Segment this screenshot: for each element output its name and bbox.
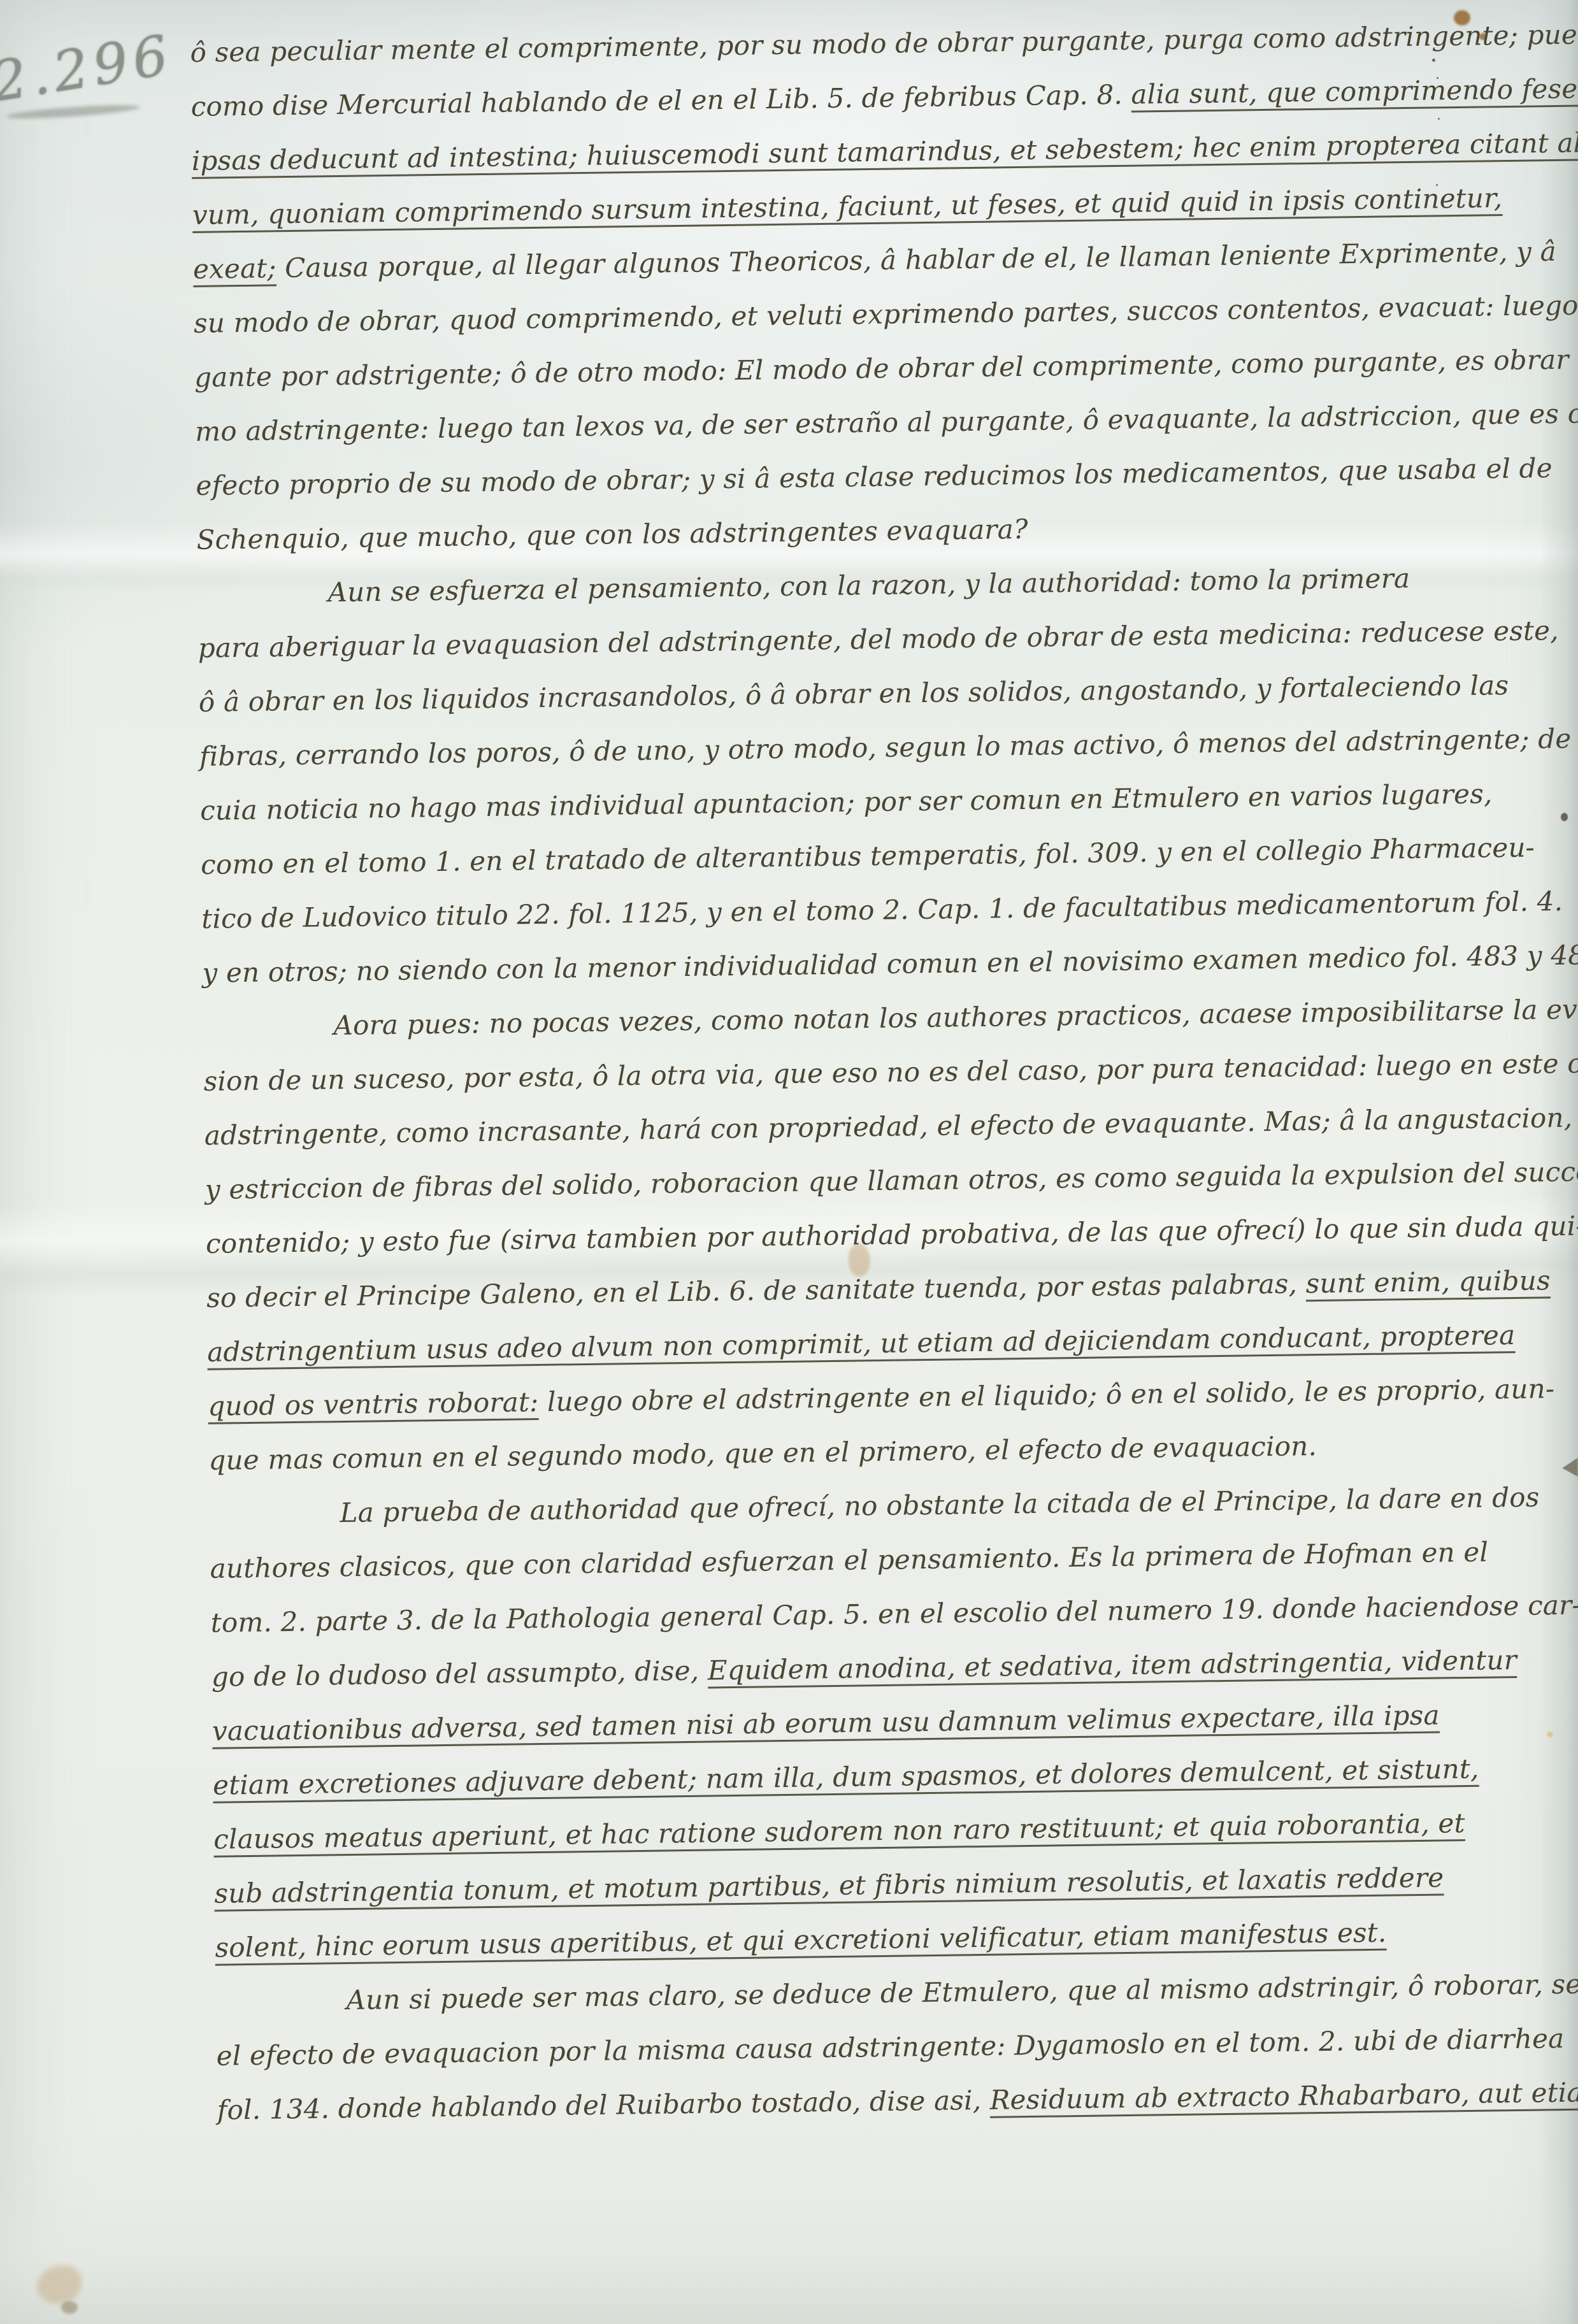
handwritten-text: ô sea peculiar mente el comprimente, por… bbox=[190, 18, 1578, 68]
handwritten-text: so decir el Principe Galeno, en el Lib. … bbox=[206, 1268, 1306, 1314]
manuscript-page: 2.296 ô sea peculiar mente el compriment… bbox=[0, 0, 1578, 2324]
handwritten-text: authores clasicos, que con claridad esfu… bbox=[210, 1537, 1488, 1584]
underlined-latin-quote: adstringentium usus adeo alvum non compr… bbox=[207, 1319, 1516, 1368]
handwritten-text: sion de un suceso, por esta, ô la otra v… bbox=[203, 1047, 1578, 1097]
underlined-latin-quote: alia sunt, que comprimendo feses, bbox=[1131, 73, 1578, 110]
handwritten-text: su modo de obrar, quod comprimendo, et v… bbox=[194, 288, 1578, 339]
underlined-latin-quote: Equidem anodina, et sedativa, item adstr… bbox=[707, 1644, 1517, 1686]
corner-stain bbox=[37, 2265, 82, 2304]
underlined-latin-quote: Residuum ab extracto Rhabarbaro, aut eti… bbox=[989, 2076, 1578, 2116]
bottom-shading bbox=[0, 2153, 1578, 2324]
underlined-latin-quote: etiam excretiones adjuvare debent; nam i… bbox=[213, 1753, 1479, 1801]
handwritten-text: como dise Mercurial hablando de el en el… bbox=[190, 79, 1131, 122]
handwritten-text: Aora pues: no pocas vezes, como notan lo… bbox=[333, 993, 1578, 1041]
handwritten-text: Causa porque, al llegar algunos Theorico… bbox=[276, 236, 1556, 283]
handwritten-text: mo adstringente: luego tan lexos va, de … bbox=[195, 397, 1578, 447]
folio-number: 2.296 bbox=[0, 23, 177, 115]
underlined-latin-quote: exeat; bbox=[193, 252, 276, 285]
handwritten-text: cuia noticia no hago mas individual apun… bbox=[200, 778, 1493, 826]
handwritten-text: como en el tomo 1. en el tratado de alte… bbox=[201, 831, 1535, 880]
handwritten-text: tom. 2. parte 3. de la Pathologia genera… bbox=[211, 1589, 1578, 1639]
underlined-latin-quote: clausos meatus aperiunt, et hac ratione … bbox=[213, 1807, 1465, 1855]
underlined-latin-quote: solent, hinc eorum usus aperitibus, et q… bbox=[215, 1917, 1387, 1963]
underlined-latin-quote: vacuationibus adversa, sed tamen nisi ab… bbox=[212, 1700, 1440, 1747]
handwritten-text: que mas comun en el segundo modo, que en… bbox=[208, 1430, 1317, 1476]
handwritten-text: fibras, cerrando los poros, ô de uno, y … bbox=[199, 723, 1572, 772]
handwritten-text: para aberiguar la evaquasion del adstrin… bbox=[197, 615, 1559, 664]
handwritten-text: Schenquio, que mucho, que con los adstri… bbox=[196, 513, 1028, 556]
manuscript-text: ô sea peculiar mente el comprimente, por… bbox=[190, 8, 1578, 2137]
handwritten-text: go de lo dudoso del assumpto, dise, bbox=[212, 1655, 708, 1693]
handwritten-text: tico de Ludovico titulo 22. fol. 1125, y… bbox=[201, 886, 1563, 935]
underlined-latin-quote: sunt enim, quibus bbox=[1305, 1265, 1551, 1299]
underlined-latin-quote: vum, quoniam comprimendo sursum intestin… bbox=[192, 182, 1503, 231]
handwritten-text: y estriccion de fibras del solido, robor… bbox=[205, 1156, 1578, 1205]
underlined-latin-quote: ipsas deducunt ad intestina; huiuscemodi… bbox=[191, 127, 1578, 176]
handwritten-text: ô â obrar en los liquidos incrasandolos,… bbox=[199, 670, 1509, 718]
handwritten-text: adstringente, como incrasante, hará con … bbox=[204, 1102, 1572, 1151]
underlined-latin-quote: sub adstringentia tonum, et motum partib… bbox=[214, 1861, 1444, 1909]
handwritten-text: La prueba de authoridad que ofrecí, no o… bbox=[340, 1481, 1540, 1528]
handwritten-text: Aun se esfuerza el pensamiento, con la r… bbox=[327, 563, 1410, 608]
handwritten-text: y en otros; no siendo con la menor indiv… bbox=[202, 939, 1578, 989]
handwritten-text: contenido; y esto fue (sirva tambien por… bbox=[206, 1210, 1578, 1259]
handwritten-text: fol. 134. donde hablando del Ruibarbo to… bbox=[217, 2084, 991, 2126]
handwritten-text: efecto proprio de su modo de obrar; y si… bbox=[196, 452, 1553, 501]
corner-mark bbox=[61, 2301, 78, 2314]
underlined-latin-quote: quod os ventris roborat: bbox=[208, 1386, 539, 1422]
handwritten-text: Aun si puede ser mas claro, se deduce de… bbox=[346, 1967, 1578, 2016]
handwritten-text: el efecto de evaquacion por la misma cau… bbox=[216, 2023, 1564, 2072]
handwritten-text: luego obre el adstringente en el liquido… bbox=[538, 1373, 1554, 1417]
handwritten-text: gante por adstrigente; ô de otro modo: E… bbox=[194, 343, 1578, 393]
